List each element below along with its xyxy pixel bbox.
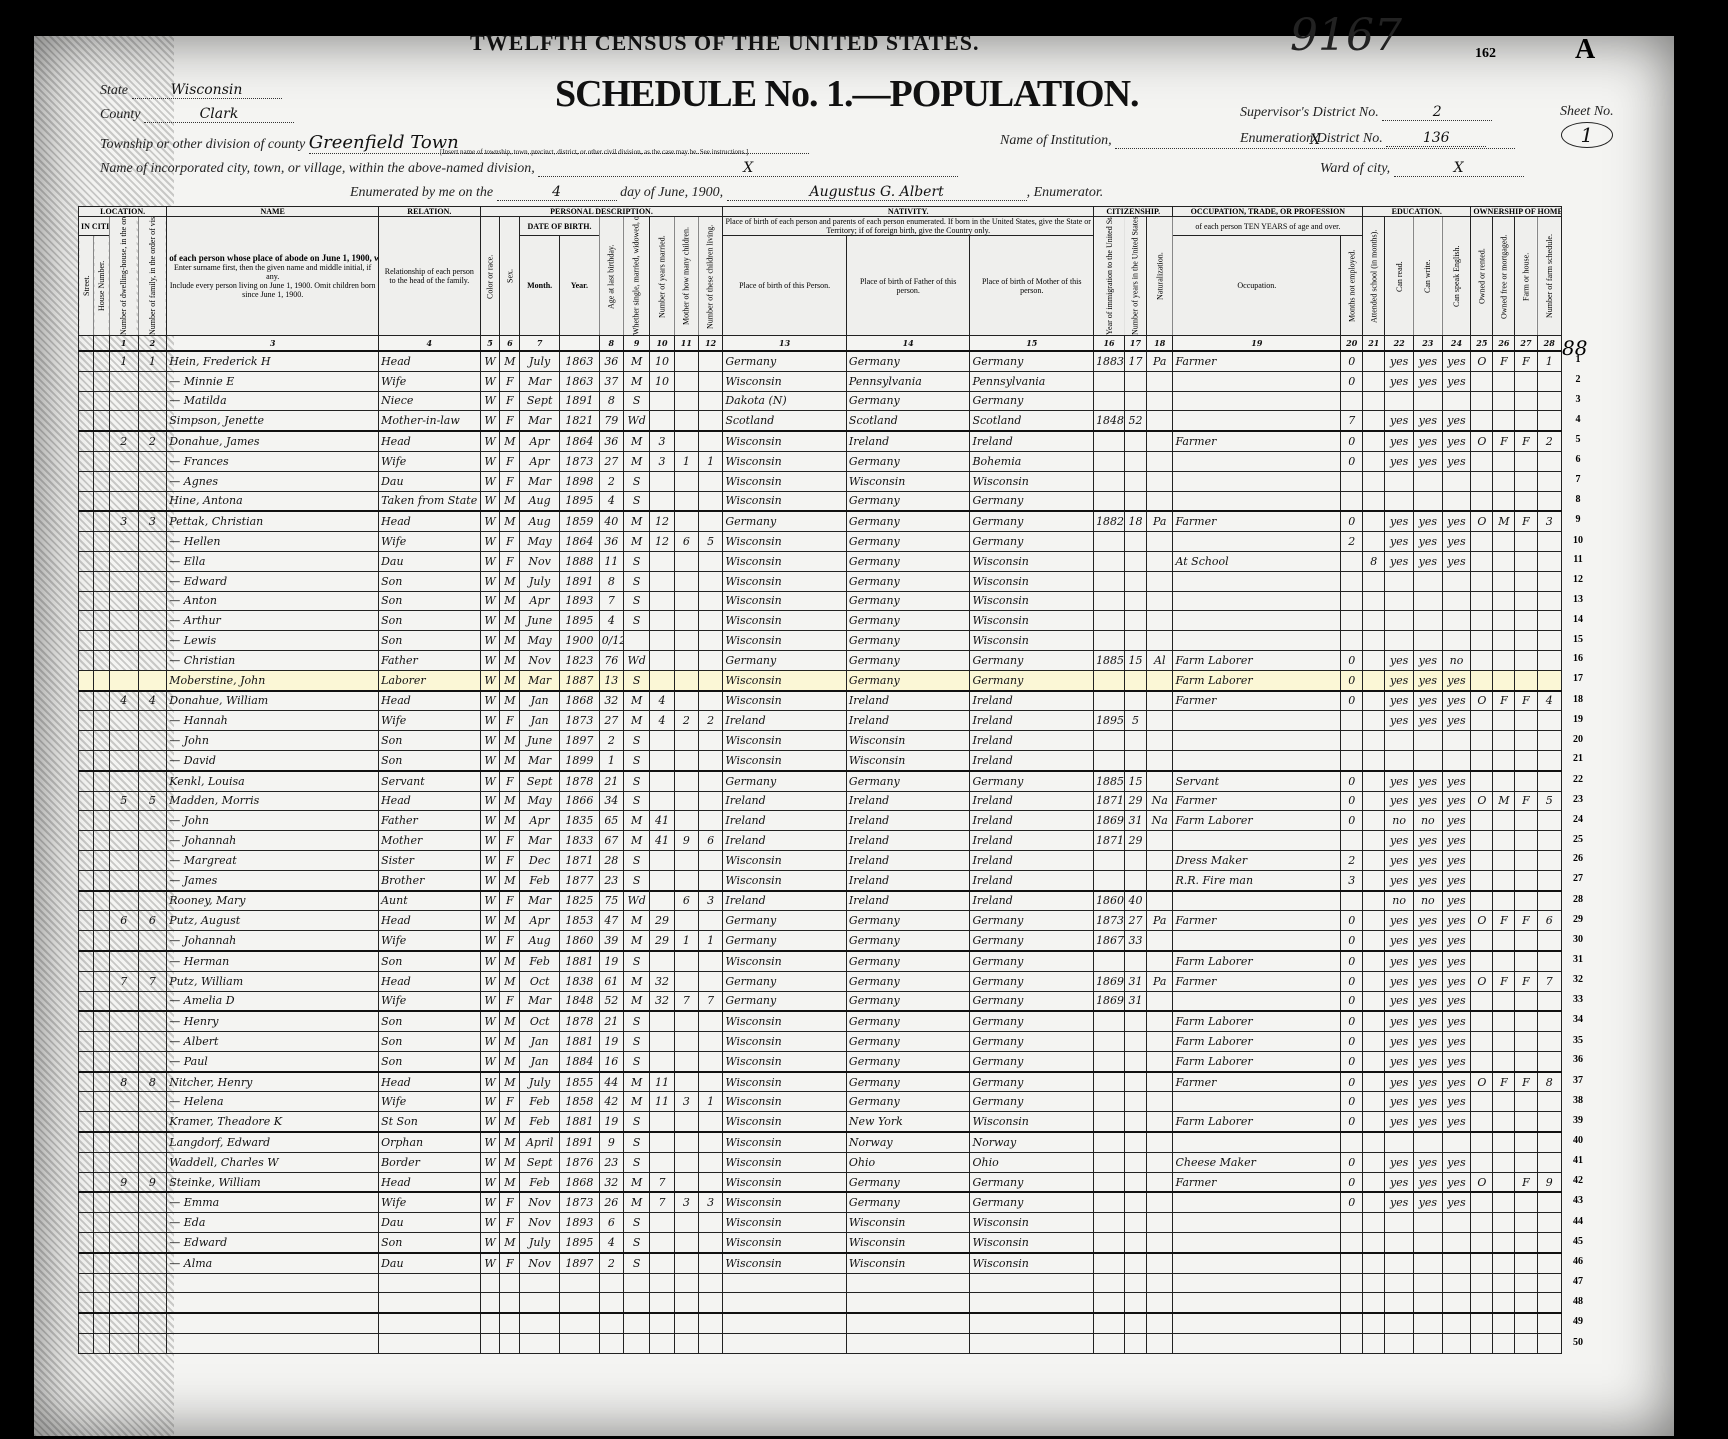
location-cell [94, 431, 109, 451]
years-married-cell: 3 [650, 431, 674, 451]
line-number: 34 [1568, 1014, 1588, 1025]
sex-cell: M [500, 750, 520, 770]
attended-school-cell [1363, 831, 1385, 851]
person-name-cell: Kramer, Theadore K [167, 1112, 379, 1132]
owned-rented-cell [1471, 711, 1493, 731]
mother-of-cell [674, 1112, 698, 1132]
can-write-cell: yes [1413, 670, 1442, 690]
immigration-year-cell [1094, 670, 1125, 690]
birthplace-father-cell: Germany [846, 551, 970, 571]
can-write-cell [1413, 1313, 1442, 1333]
naturalization-cell [1147, 1293, 1173, 1313]
farm-house-cell [1515, 491, 1537, 511]
can-read-cell: yes [1385, 911, 1414, 931]
months-unemployed-cell: 0 [1341, 811, 1363, 831]
relation-cell: Dau [379, 1253, 481, 1273]
location-cell [94, 1072, 109, 1092]
free-mortgaged-cell [1493, 951, 1515, 971]
table-row: — AlmaDauWFNov18972SWisconsinWisconsinWi… [79, 1253, 1562, 1273]
can-read-cell: yes [1385, 511, 1414, 531]
color-cell: W [480, 951, 500, 971]
farm-house-cell [1515, 532, 1537, 552]
age-cell: 2 [599, 731, 623, 751]
birth-year-cell: 1897 [559, 731, 599, 751]
attended-school-cell [1363, 1192, 1385, 1212]
naturalization-cell [1147, 611, 1173, 631]
free-mortgaged-cell [1493, 771, 1515, 791]
free-mortgaged-cell [1493, 1213, 1515, 1233]
person-name-cell: — Matilda [167, 391, 379, 411]
relation-cell: Head [379, 431, 481, 451]
free-mortgaged-cell [1493, 1032, 1515, 1052]
years-married-cell [650, 551, 674, 571]
relation-cell [379, 1273, 481, 1293]
marital-status-cell: S [623, 1253, 649, 1273]
line-number: 33 [1568, 994, 1588, 1005]
sex-cell: M [500, 1152, 520, 1172]
column-number: 27 [1515, 336, 1537, 352]
naturalization-cell [1147, 750, 1173, 770]
can-speak-english-cell: yes [1442, 831, 1471, 851]
birthplace-person-cell: Dakota (N) [723, 391, 847, 411]
family-number-cell [138, 750, 167, 770]
birth-year-cell: 1893 [559, 591, 599, 611]
years-in-us-cell [1124, 1233, 1146, 1253]
free-mortgaged-cell [1493, 891, 1515, 911]
family-number-cell [138, 1051, 167, 1071]
months-unemployed-cell [1341, 1253, 1363, 1273]
naturalization-cell [1147, 1172, 1173, 1192]
can-read-cell: yes [1385, 991, 1414, 1011]
naturalization-cell [1147, 711, 1173, 731]
immigration-year-cell: 1869 [1094, 971, 1125, 991]
immigration-year-cell [1094, 850, 1125, 870]
sex-cell: M [500, 870, 520, 890]
months-unemployed-cell: 0 [1341, 911, 1363, 931]
months-unemployed-cell: 3 [1341, 870, 1363, 890]
table-row: — MargreatSisterWFDec187128SWisconsinIre… [79, 850, 1562, 870]
can-read-cell: yes [1385, 711, 1414, 731]
color-cell: W [480, 691, 500, 711]
column-number: 19 [1173, 336, 1341, 352]
owned-rented-cell [1471, 731, 1493, 751]
birth-year-cell: 1893 [559, 1213, 599, 1233]
person-name-cell [167, 1313, 379, 1333]
birth-year-cell: 1873 [559, 711, 599, 731]
can-speak-english-cell: yes [1442, 791, 1471, 811]
birthplace-father-cell: Wisconsin [846, 471, 970, 491]
column-number: 17 [1124, 336, 1146, 352]
enumerated-line: Enumerated by me on the 4 day of June, 1… [350, 184, 1103, 201]
naturalization-cell [1147, 1112, 1173, 1132]
farm-schedule-cell [1537, 711, 1562, 731]
can-write-cell: yes [1413, 771, 1442, 791]
line-number: 30 [1568, 934, 1588, 945]
location-cell [94, 811, 109, 831]
mother-of-cell [674, 811, 698, 831]
can-speak-english-cell: yes [1442, 951, 1471, 971]
family-number-cell: 2 [138, 431, 167, 451]
attended-school-cell [1363, 811, 1385, 831]
can-write-cell: no [1413, 811, 1442, 831]
can-read-cell: yes [1385, 870, 1414, 890]
years-in-us-cell [1124, 1011, 1146, 1031]
line-number: 2 [1568, 374, 1588, 385]
age-cell: 36 [599, 351, 623, 371]
naturalization-cell [1147, 850, 1173, 870]
can-speak-english-cell: yes [1442, 931, 1471, 951]
person-name-cell: Putz, August [167, 911, 379, 931]
months-unemployed-cell: 0 [1341, 351, 1363, 371]
months-unemployed-cell [1341, 1233, 1363, 1253]
person-name-cell [167, 1293, 379, 1313]
can-read-cell: yes [1385, 1092, 1414, 1112]
group-education: EDUCATION. [1363, 207, 1471, 217]
birth-month-cell [520, 1293, 560, 1313]
can-write-cell [1413, 611, 1442, 631]
sex-cell: M [500, 1011, 520, 1031]
line-number: 45 [1568, 1236, 1588, 1247]
line-number: 8 [1568, 494, 1588, 505]
children-living-cell [698, 511, 722, 531]
can-speak-english-cell [1442, 471, 1471, 491]
person-name-cell [167, 1273, 379, 1293]
attended-school-cell [1363, 631, 1385, 651]
children-living-cell: 6 [698, 831, 722, 851]
birth-year-cell: 1821 [559, 411, 599, 431]
birth-month-cell: Jan [520, 711, 560, 731]
color-cell: W [480, 931, 500, 951]
years-married-cell [650, 471, 674, 491]
attended-school-cell [1363, 1112, 1385, 1132]
mother-of-header: Mother of how many children. [674, 217, 698, 336]
age-cell: 6 [599, 1213, 623, 1233]
occupation-cell: Farmer [1173, 791, 1341, 811]
birth-month-cell: Oct [520, 1011, 560, 1031]
can-write-cell: yes [1413, 371, 1442, 391]
birthplace-mother-cell: Ireland [970, 750, 1094, 770]
group-location: LOCATION. [79, 207, 167, 217]
birthplace-person-cell: Wisconsin [723, 451, 847, 471]
marital-status-cell: M [623, 811, 649, 831]
birthplace-mother-cell: Wisconsin [970, 591, 1094, 611]
occupation-cell: Farmer [1173, 511, 1341, 531]
line-number: 22 [1568, 774, 1588, 785]
can-speak-english-cell [1442, 491, 1471, 511]
owned-rented-cell: O [1471, 911, 1493, 931]
marital-status-cell: S [623, 731, 649, 751]
can-write-cell [1413, 1273, 1442, 1293]
children-living-cell: 1 [698, 1092, 722, 1112]
farm-house-cell [1515, 731, 1537, 751]
farm-schedule-cell [1537, 591, 1562, 611]
occupation-cell [1173, 711, 1341, 731]
can-write-cell: yes [1413, 791, 1442, 811]
occupation-cell [1173, 591, 1341, 611]
sex-cell: F [500, 831, 520, 851]
in-cities-header: IN CITIES. [79, 217, 110, 236]
birthplace-mother-cell: Ireland [970, 711, 1094, 731]
birthplace-person-cell: Wisconsin [723, 1092, 847, 1112]
farm-schedule-cell: 2 [1537, 431, 1562, 451]
occupation-cell: Farmer [1173, 351, 1341, 371]
line-number: 14 [1568, 614, 1588, 625]
family-number-cell [138, 532, 167, 552]
census-title: TWELFTH CENSUS OF THE UNITED STATES. [470, 30, 980, 56]
immigration-year-cell [1094, 870, 1125, 890]
family-number-cell [138, 1032, 167, 1052]
column-number: 26 [1493, 336, 1515, 352]
birthplace-person-cell: Wisconsin [723, 731, 847, 751]
column-number: 7 [520, 336, 560, 352]
can-read-cell: yes [1385, 1072, 1414, 1092]
person-name-cell: — Helena [167, 1092, 379, 1112]
years-married-cell [650, 891, 674, 911]
dwelling-number-cell [109, 1213, 138, 1233]
line-number: 13 [1568, 594, 1588, 605]
owned-rented-cell [1471, 951, 1493, 971]
enumerated-prefix: Enumerated by me on the [350, 185, 493, 200]
birth-month-cell: Apr [520, 451, 560, 471]
children-living-cell [698, 811, 722, 831]
county-label: County [100, 107, 140, 122]
dwelling-number-cell [109, 750, 138, 770]
years-married-cell: 12 [650, 532, 674, 552]
mother-of-cell [674, 971, 698, 991]
marital-status-cell: S [623, 391, 649, 411]
occupation-cell: Farm Laborer [1173, 670, 1341, 690]
table-row: Langdorf, EdwardOrphanWMApril18919SWisco… [79, 1132, 1562, 1152]
owned-rented-cell: O [1471, 1072, 1493, 1092]
line-number: 26 [1568, 853, 1588, 864]
family-number-cell: 8 [138, 1072, 167, 1092]
sex-cell: M [500, 1172, 520, 1192]
months-unemployed-cell [1341, 391, 1363, 411]
location-cell [94, 1213, 109, 1233]
can-speak-english-cell: yes [1442, 1051, 1471, 1071]
free-mortgaged-cell: F [1493, 431, 1515, 451]
can-read-cell: yes [1385, 1032, 1414, 1052]
children-living-cell: 1 [698, 931, 722, 951]
age-cell: 75 [599, 891, 623, 911]
person-name-cell: Donahue, James [167, 431, 379, 451]
dwelling-number-header: Number of dwelling-house, in the order o… [109, 217, 138, 336]
birth-year-cell: 1873 [559, 451, 599, 471]
occupation-cell [1173, 631, 1341, 651]
years-in-us-cell [1124, 1152, 1146, 1172]
family-number-cell [138, 951, 167, 971]
birth-year-cell [559, 1313, 599, 1333]
person-name-cell: — Minnie E [167, 371, 379, 391]
occupation-cell [1173, 371, 1341, 391]
sheet-value: 1 [1561, 122, 1613, 148]
column-number-row: 1234567891011121314151617181920212223242… [79, 336, 1562, 352]
naturalization-cell [1147, 411, 1173, 431]
naturalization-cell [1147, 1072, 1173, 1092]
birthplace-person-cell [723, 1273, 847, 1293]
birthplace-person-cell: Ireland [723, 791, 847, 811]
owned-rented-cell [1471, 571, 1493, 591]
age-cell: 19 [599, 1032, 623, 1052]
can-read-cell: yes [1385, 431, 1414, 451]
birthplace-father-cell: Scotland [846, 411, 970, 431]
free-mortgaged-cell [1493, 1334, 1515, 1354]
table-row: — JohannahMotherWFMar183367M4196IrelandI… [79, 831, 1562, 851]
line-number: 32 [1568, 974, 1588, 985]
birth-year-cell: 1866 [559, 791, 599, 811]
line-number: 41 [1568, 1155, 1588, 1166]
can-speak-english-cell [1442, 1132, 1471, 1152]
owned-rented-cell [1471, 1334, 1493, 1354]
years-in-us-cell: 15 [1124, 650, 1146, 670]
children-living-cell [698, 1072, 722, 1092]
marital-status-cell: M [623, 1192, 649, 1212]
sex-cell: F [500, 771, 520, 791]
age-cell: 21 [599, 771, 623, 791]
population-table: LOCATION. NAME RELATION. PERSONAL DESCRI… [78, 206, 1562, 1354]
line-number: 43 [1568, 1195, 1588, 1206]
table-row: Waddell, Charles WBorderWMSept187623SWis… [79, 1152, 1562, 1172]
years-married-cell [650, 650, 674, 670]
naturalization-cell [1147, 451, 1173, 471]
free-mortgaged-cell [1493, 551, 1515, 571]
mother-of-cell [674, 850, 698, 870]
children-living-cell: 1 [698, 451, 722, 471]
birthplace-mother-cell: Ireland [970, 891, 1094, 911]
years-married-cell [650, 1233, 674, 1253]
can-write-cell: yes [1413, 451, 1442, 471]
relation-cell: Mother-in-law [379, 411, 481, 431]
years-in-us-cell [1124, 371, 1146, 391]
table-row: — LewisSonWMMay19000/12WisconsinGermanyW… [79, 631, 1562, 651]
dwelling-number-cell [109, 891, 138, 911]
location-cell [94, 1112, 109, 1132]
relation-cell: Mother [379, 831, 481, 851]
children-living-cell [698, 731, 722, 751]
relation-header: Relationship of each person to the head … [379, 217, 481, 336]
birth-year-cell: 1878 [559, 1011, 599, 1031]
table-row: — Minnie EWifeWFMar186337M10WisconsinPen… [79, 371, 1562, 391]
attended-school-cell [1363, 1092, 1385, 1112]
can-read-cell [1385, 1213, 1414, 1233]
column-number: 9 [623, 336, 649, 352]
location-cell [94, 611, 109, 631]
mother-of-cell [674, 1313, 698, 1333]
free-mortgaged-cell [1493, 1293, 1515, 1313]
marital-status-cell: Wd [623, 891, 649, 911]
children-living-cell: 3 [698, 1192, 722, 1212]
sex-cell: F [500, 1192, 520, 1212]
naturalization-cell [1147, 1032, 1173, 1052]
attended-school-cell: 8 [1363, 551, 1385, 571]
occupation-header: Occupation. [1173, 236, 1341, 336]
immigration-year-cell: 1883 [1094, 351, 1125, 371]
farm-schedule-cell [1537, 1092, 1562, 1112]
age-cell: 40 [599, 511, 623, 531]
farm-house-cell [1515, 631, 1537, 651]
occupation-cell: Farmer [1173, 1172, 1341, 1192]
relation-cell: Dau [379, 1213, 481, 1233]
years-married-cell: 10 [650, 371, 674, 391]
family-number-cell [138, 891, 167, 911]
farm-house-header: Farm or house. [1515, 217, 1537, 336]
marital-status-cell: M [623, 431, 649, 451]
person-name-cell: Hein, Frederick H [167, 351, 379, 371]
can-read-cell: yes [1385, 850, 1414, 870]
immigration-year-cell [1094, 731, 1125, 751]
occupation-cell: Farm Laborer [1173, 1011, 1341, 1031]
table-row: — FrancesWifeWFApr187327M311WisconsinGer… [79, 451, 1562, 471]
sex-cell: M [500, 650, 520, 670]
person-name-cell: Putz, William [167, 971, 379, 991]
years-in-us-cell [1124, 491, 1146, 511]
family-number-cell [138, 1213, 167, 1233]
table-row: 99Steinke, WilliamHeadWMFeb186832M7Wisco… [79, 1172, 1562, 1192]
mother-of-cell [674, 791, 698, 811]
farm-house-cell [1515, 1152, 1537, 1172]
age-cell: 11 [599, 551, 623, 571]
farm-schedule-cell [1537, 471, 1562, 491]
marital-status-cell: M [623, 711, 649, 731]
location-cell [79, 451, 94, 471]
occupation-cell [1173, 571, 1341, 591]
color-cell: W [480, 750, 500, 770]
months-unemployed-cell: 0 [1341, 931, 1363, 951]
birthplace-father-cell [846, 1293, 970, 1313]
immigration-year-cell [1094, 471, 1125, 491]
free-mortgaged-cell [1493, 1313, 1515, 1333]
years-married-cell [650, 411, 674, 431]
location-cell [79, 670, 94, 690]
naturalization-cell [1147, 551, 1173, 571]
months-unemployed-cell: 0 [1341, 511, 1363, 531]
birthplace-person-cell: Germany [723, 931, 847, 951]
mother-of-cell [674, 951, 698, 971]
free-mortgaged-cell [1493, 1132, 1515, 1152]
person-name-cell: — Agnes [167, 471, 379, 491]
owned-rented-cell [1471, 451, 1493, 471]
can-speak-english-cell: yes [1442, 1192, 1471, 1212]
can-read-cell: yes [1385, 951, 1414, 971]
naturalization-cell [1147, 891, 1173, 911]
children-living-cell [698, 1253, 722, 1273]
location-cell [94, 850, 109, 870]
can-read-cell: yes [1385, 670, 1414, 690]
years-married-cell: 41 [650, 811, 674, 831]
birthplace-person-cell: Wisconsin [723, 951, 847, 971]
sex-cell: M [500, 791, 520, 811]
family-number-cell [138, 1233, 167, 1253]
occupation-cell: Farm Laborer [1173, 1051, 1341, 1071]
birthplace-father-cell [846, 1273, 970, 1293]
relation-cell: Father [379, 650, 481, 670]
marital-status-cell: S [623, 1112, 649, 1132]
can-speak-english-cell: yes [1442, 1172, 1471, 1192]
immigration-year-cell [1094, 1112, 1125, 1132]
can-write-cell [1413, 471, 1442, 491]
relation-cell: Head [379, 971, 481, 991]
mother-of-cell [674, 771, 698, 791]
can-read-cell [1385, 591, 1414, 611]
can-speak-english-cell: yes [1442, 1011, 1471, 1031]
mother-of-cell [674, 351, 698, 371]
marital-status-cell: S [623, 850, 649, 870]
marital-status-cell: S [623, 791, 649, 811]
birth-month-cell: Feb [520, 1092, 560, 1112]
farm-house-cell [1515, 471, 1537, 491]
farm-schedule-cell [1537, 451, 1562, 471]
free-mortgaged-cell [1493, 532, 1515, 552]
